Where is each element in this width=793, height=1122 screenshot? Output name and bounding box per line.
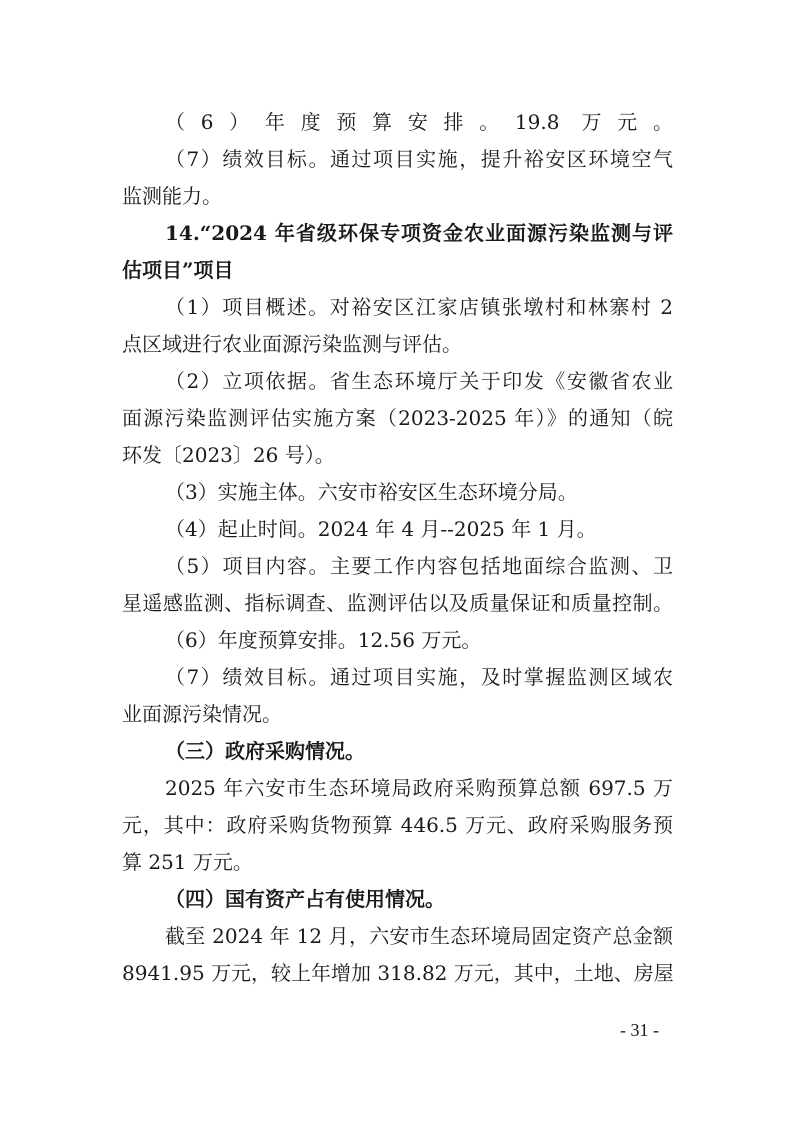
basis-line-2: （2）立项依据。省生态环境厅关于印发《安徽省农业 bbox=[122, 363, 673, 400]
content-line-5-cont: 星遥感监测、指标调查、监测评估以及质量保证和质量控制。 bbox=[122, 585, 673, 622]
goal-line-7b-cont: 业面源污染情况。 bbox=[122, 696, 673, 733]
document-body: （6）年度预算安排。19.8 万元。 （7）绩效目标。通过项目实施，提升裕安区环… bbox=[122, 104, 673, 992]
project-14-heading-cont: 估项目”项目 bbox=[122, 252, 673, 289]
procurement-para-cont2: 算 251 万元。 bbox=[122, 844, 673, 881]
period-line-4: （4）起止时间。2024 年 4 月--2025 年 1 月。 bbox=[122, 511, 673, 548]
goal-line-7b: （7）绩效目标。通过项目实施，及时掌握监测区域农 bbox=[122, 659, 673, 696]
entity-line-3: （3）实施主体。六安市裕安区生态环境分局。 bbox=[122, 474, 673, 511]
budget-line-6: （6）年度预算安排。19.8 万元。 bbox=[122, 104, 673, 141]
overview-line-1-cont: 点区域进行农业面源污染监测与评估。 bbox=[122, 326, 673, 363]
section-procurement-heading: （三）政府采购情况。 bbox=[122, 733, 673, 770]
assets-para-cont: 8941.95 万元，较上年增加 318.82 万元，其中，土地、房屋 bbox=[122, 955, 673, 992]
procurement-para-cont: 元，其中：政府采购货物预算 446.5 万元、政府采购服务预 bbox=[122, 807, 673, 844]
project-14-heading: 14.“2024 年省级环保专项资金农业面源污染监测与评 bbox=[122, 215, 673, 252]
overview-line-1: （1）项目概述。对裕安区江家店镇张墩村和林寨村 2 bbox=[122, 289, 673, 326]
goal-line-7: （7）绩效目标。通过项目实施，提升裕安区环境空气 bbox=[122, 141, 673, 178]
budget-line-6b: （6）年度预算安排。12.56 万元。 bbox=[122, 622, 673, 659]
assets-para: 截至 2024 年 12 月，六安市生态环境局固定资产总金额 bbox=[122, 918, 673, 955]
section-assets-heading: （四）国有资产占有使用情况。 bbox=[122, 881, 673, 918]
content-line-5: （5）项目内容。主要工作内容包括地面综合监测、卫 bbox=[122, 548, 673, 585]
procurement-para: 2025 年六安市生态环境局政府采购预算总额 697.5 万 bbox=[122, 770, 673, 807]
goal-line-7-cont: 监测能力。 bbox=[122, 178, 673, 215]
basis-line-2-cont: 面源污染监测评估实施方案（2023-2025 年）》的通知（皖 bbox=[122, 400, 673, 437]
page-number: - 31 - bbox=[620, 1020, 659, 1041]
basis-line-2-cont2: 环发〔2023〕26 号）。 bbox=[122, 437, 673, 474]
